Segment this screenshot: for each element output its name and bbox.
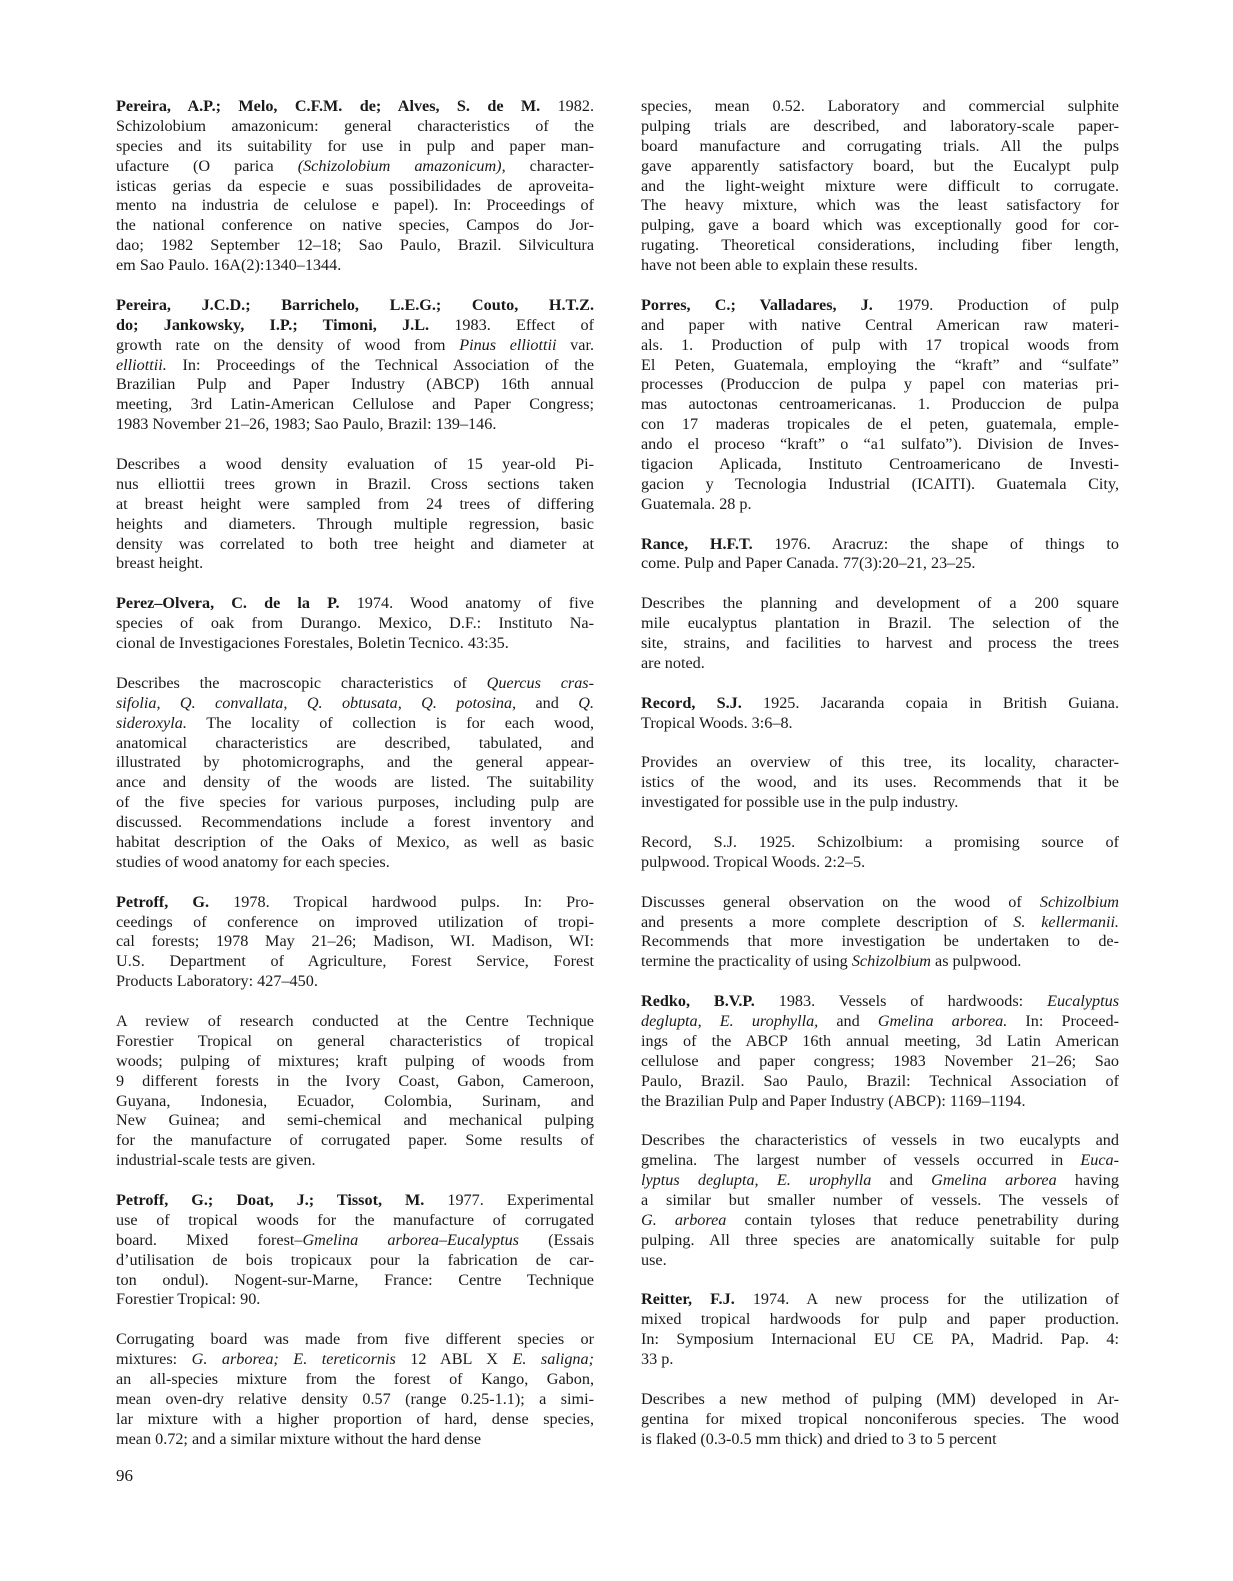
text-line: breast height. <box>116 554 594 574</box>
abstract-paragraph: Provides an overview of this tree, its l… <box>641 753 1119 813</box>
text-segment: 1976. Aracruz: the shape of things to <box>753 535 1119 553</box>
text-line: ando el proceso “kraft” o “a1 sulfato”).… <box>641 435 1119 455</box>
citation-entry: Petroff, G. 1978. Tropical hardwood pulp… <box>116 893 594 992</box>
text-segment: Guyana, Indonesia, Ecuador, Colombia, Su… <box>116 1092 594 1110</box>
citation-entry: Rance, H.F.T. 1976. Aracruz: the shape o… <box>641 535 1119 575</box>
text-segment: density was correlated to both tree heig… <box>116 535 594 553</box>
text-segment: In: Symposium Internacional EU CE PA, Ma… <box>641 1330 1119 1348</box>
text-segment: con 17 maderas tropicales de el peten, g… <box>641 415 1119 433</box>
text-line: Pereira, A.P.; Melo, C.F.M. de; Alves, S… <box>116 97 594 117</box>
text-segment: rugating. Theoretical considerations, in… <box>641 236 1119 254</box>
text-segment: gave apparently satisfactory board, but … <box>641 157 1119 175</box>
text-line: termine the practicality of using Schizo… <box>641 952 1119 972</box>
text-segment: Describes the characteristics of vessels… <box>641 1131 1119 1149</box>
text-line: pulpwood. Tropical Woods. 2:2–5. <box>641 853 1119 873</box>
text-segment: cal forests; 1978 May 21–26; Madison, WI… <box>116 932 594 950</box>
italic-term: Gmelina arborea. <box>878 1012 1007 1030</box>
italic-term: lyptus deglupta, E. urophylla <box>641 1171 871 1189</box>
text-line: Perez–Olvera, C. de la P. 1974. Wood ana… <box>116 594 594 614</box>
text-line: Paulo, Brazil. Sao Paulo, Brazil: Techni… <box>641 1072 1119 1092</box>
text-segment: 1974. Wood anatomy of five <box>340 594 594 612</box>
abstract-paragraph: Describes a new method of pulping (MM) d… <box>641 1390 1119 1450</box>
text-line: discussed. Recommendations include a for… <box>116 813 594 833</box>
text-segment: processes (Produccion de pulpa y papel c… <box>641 375 1119 393</box>
author-names: Rance, H.F.T. <box>641 535 753 553</box>
text-segment: and <box>818 1012 878 1030</box>
text-line: cal forests; 1978 May 21–26; Madison, WI… <box>116 932 594 952</box>
text-segment: species and its suitability for use in p… <box>116 137 594 155</box>
text-line: Guyana, Indonesia, Ecuador, Colombia, Su… <box>116 1092 594 1112</box>
italic-term: Euca- <box>1080 1151 1119 1169</box>
text-segment: 12 ABL X <box>396 1350 513 1368</box>
author-names: Record, S.J. <box>641 694 742 712</box>
author-names: Porres, C.; Valladares, J. <box>641 296 873 314</box>
text-segment: Tropical Woods. 3:6–8. <box>641 714 793 732</box>
text-line: istics of the wood, and its uses. Recomm… <box>641 773 1119 793</box>
text-segment: the national conference on native specie… <box>116 216 594 234</box>
text-segment: meeting, 3rd Latin-American Cellulose an… <box>116 395 594 413</box>
italic-term: Q. <box>578 694 594 712</box>
text-line: 33 p. <box>641 1350 1119 1370</box>
text-line: Describes a wood density evaluation of 1… <box>116 455 594 475</box>
text-line: ton ondul). Nogent-sur-Marne, France: Ce… <box>116 1271 594 1291</box>
text-segment: cellulose and paper congress; 1983 Novem… <box>641 1052 1119 1070</box>
text-segment: ton ondul). Nogent-sur-Marne, France: Ce… <box>116 1271 594 1289</box>
abstract-paragraph: A review of research conducted at the Ce… <box>116 1012 594 1171</box>
text-line: and paper with native Central American r… <box>641 316 1119 336</box>
abstract-paragraph: Describes a wood density evaluation of 1… <box>116 455 594 574</box>
text-segment: U.S. Department of Agriculture, Forest S… <box>116 952 594 970</box>
text-line: pulping trials are described, and labora… <box>641 117 1119 137</box>
text-line: New Guinea; and semi-chemical and mechan… <box>116 1111 594 1131</box>
text-line: sifolia, Q. convallata, Q. obtusata, Q. … <box>116 694 594 714</box>
text-segment: gmelina. The largest number of vessels o… <box>641 1151 1080 1169</box>
text-segment: istics of the wood, and its uses. Recomm… <box>641 773 1119 791</box>
text-line: Record, S.J. 1925. Jacaranda copaia in B… <box>641 694 1119 714</box>
text-line: pulping. All three species are anatomica… <box>641 1231 1119 1251</box>
text-line: dao; 1982 September 12–18; Sao Paulo, Br… <box>116 236 594 256</box>
author-names: Reitter, F.J. <box>641 1290 735 1308</box>
text-line: Discusses general observation on the woo… <box>641 893 1119 913</box>
text-segment: Record, S.J. 1925. Schizolbium: a promis… <box>641 833 1119 851</box>
text-line: Schizolobium amazonicum: general charact… <box>116 117 594 137</box>
italic-term: sideroxyla. <box>116 714 187 732</box>
italic-term: S. kellermanii. <box>1013 913 1119 931</box>
text-line: Recommends that more investigation be un… <box>641 932 1119 952</box>
text-line: woods; pulping of mixtures; kraft pulpin… <box>116 1052 594 1072</box>
text-line: Redko, B.V.P. 1983. Vessels of hardwoods… <box>641 992 1119 1012</box>
text-segment: Describes the planning and development o… <box>641 594 1119 612</box>
text-line: gmelina. The largest number of vessels o… <box>641 1151 1119 1171</box>
text-segment: board manufacture and corrugating trials… <box>641 137 1119 155</box>
text-segment: pulpwood. Tropical Woods. 2:2–5. <box>641 853 865 871</box>
text-segment: Guatemala. 28 p. <box>641 495 752 513</box>
text-line: tigacion Aplicada, Instituto Centroameri… <box>641 455 1119 475</box>
text-line: species and its suitability for use in p… <box>116 137 594 157</box>
text-line: ings of the ABCP 16th annual meeting, 3d… <box>641 1032 1119 1052</box>
author-names: Petroff, G. <box>116 893 209 911</box>
text-segment: Describes a new method of pulping (MM) d… <box>641 1390 1119 1408</box>
text-line: Guatemala. 28 p. <box>641 495 1119 515</box>
text-segment: mean 0.72; and a similar mixture without… <box>116 1430 481 1448</box>
text-segment: habitat description of the Oaks of Mexic… <box>116 833 594 851</box>
text-line: gentina for mixed tropical nonconiferous… <box>641 1410 1119 1430</box>
text-line: ceedings of conference on improved utili… <box>116 913 594 933</box>
text-line: A review of research conducted at the Ce… <box>116 1012 594 1032</box>
italic-term: Pinus elliottii <box>459 336 556 354</box>
text-line: habitat description of the Oaks of Mexic… <box>116 833 594 853</box>
text-segment: als. 1. Production of pulp with 17 tropi… <box>641 336 1119 354</box>
text-line: ufacture (O parica (Schizolobium amazoni… <box>116 157 594 177</box>
text-segment: (Essais <box>519 1231 594 1249</box>
text-segment: isticas gerias da especie e suas possibi… <box>116 177 594 195</box>
text-line: species of oak from Durango. Mexico, D.F… <box>116 614 594 634</box>
citation-entry: Reitter, F.J. 1974. A new process for th… <box>641 1290 1119 1370</box>
text-line: pulping, gave a board which was exceptio… <box>641 216 1119 236</box>
text-segment: 1983. Effect of <box>429 316 594 334</box>
text-segment: and paper with native Central American r… <box>641 316 1119 334</box>
text-line: Tropical Woods. 3:6–8. <box>641 714 1119 734</box>
citation-entry: Redko, B.V.P. 1983. Vessels of hardwoods… <box>641 992 1119 1111</box>
text-line: of the five species for various purposes… <box>116 793 594 813</box>
citation-entry: Record, S.J. 1925. Jacaranda copaia in B… <box>641 694 1119 734</box>
text-line: als. 1. Production of pulp with 17 tropi… <box>641 336 1119 356</box>
text-segment: growth rate on the density of wood from <box>116 336 459 354</box>
text-line: anatomical characteristics are described… <box>116 734 594 754</box>
text-segment: d’utilisation de bois tropicaux pour la … <box>116 1251 594 1269</box>
text-line: have not been able to explain these resu… <box>641 256 1119 276</box>
text-segment: ings of the ABCP 16th annual meeting, 3d… <box>641 1032 1119 1050</box>
italic-term: Schizolbium <box>1040 893 1119 911</box>
text-line: at breast height were sampled from 24 tr… <box>116 495 594 515</box>
text-line: is flaked (0.3-0.5 mm thick) and dried t… <box>641 1430 1119 1450</box>
text-segment: heights and diameters. Through multiple … <box>116 515 594 533</box>
text-segment: mas autoctonas centroamericanas. 1. Prod… <box>641 395 1119 413</box>
text-segment: board. Mixed forest– <box>116 1231 302 1249</box>
text-segment: mean oven-dry relative density 0.57 (ran… <box>116 1390 594 1408</box>
text-line: Forestier Tropical on general characteri… <box>116 1032 594 1052</box>
text-line: Brazilian Pulp and Paper Industry (ABCP)… <box>116 375 594 395</box>
text-line: Describes the planning and development o… <box>641 594 1119 614</box>
text-segment: Forestier Tropical: 90. <box>116 1290 260 1308</box>
text-segment: species, mean 0.52. Laboratory and comme… <box>641 97 1119 115</box>
text-line: Describes the characteristics of vessels… <box>641 1131 1119 1151</box>
text-segment: var. <box>557 336 595 354</box>
author-names: Petroff, G.; Doat, J.; Tissot, M. <box>116 1191 424 1209</box>
text-line: nus elliottii trees grown in Brazil. Cro… <box>116 475 594 495</box>
text-segment: a similar but smaller number of vessels.… <box>641 1191 1119 1209</box>
text-line: 9 different forests in the Ivory Coast, … <box>116 1072 594 1092</box>
text-line: and presents a more complete description… <box>641 913 1119 933</box>
text-segment: cional de Investigaciones Forestales, Bo… <box>116 634 509 652</box>
text-line: lyptus deglupta, E. urophylla and Gmelin… <box>641 1171 1119 1191</box>
text-segment: discussed. Recommendations include a for… <box>116 813 594 831</box>
page-number: 96 <box>116 1466 133 1486</box>
text-line: site, strains, and facilities to harvest… <box>641 634 1119 654</box>
abstract-paragraph: Corrugating board was made from five dif… <box>116 1330 594 1449</box>
italic-term: G. arborea; E. tereticornis <box>192 1350 396 1368</box>
text-line: density was correlated to both tree heig… <box>116 535 594 555</box>
text-segment: 1979. Production of pulp <box>873 296 1119 314</box>
italic-term: G. arborea <box>641 1211 726 1229</box>
text-line: species, mean 0.52. Laboratory and comme… <box>641 97 1119 117</box>
citation-entry: Porres, C.; Valladares, J. 1979. Product… <box>641 296 1119 515</box>
text-segment: ceedings of conference on improved utili… <box>116 913 594 931</box>
text-line: a similar but smaller number of vessels.… <box>641 1191 1119 1211</box>
text-segment: Brazilian Pulp and Paper Industry (ABCP)… <box>116 375 594 393</box>
text-line: illustrated by photomicrographs, and the… <box>116 753 594 773</box>
text-line: cellulose and paper congress; 1983 Novem… <box>641 1052 1119 1072</box>
text-segment: for the manufacture of corrugated paper.… <box>116 1131 594 1149</box>
abstract-paragraph: Discusses general observation on the woo… <box>641 893 1119 973</box>
text-segment: contain tyloses that reduce penetrabilit… <box>726 1211 1119 1229</box>
citation-entry: Pereira, J.C.D.; Barrichelo, L.E.G.; Cou… <box>116 296 594 435</box>
left-column: Pereira, A.P.; Melo, C.F.M. de; Alves, S… <box>116 97 594 1469</box>
text-segment: 1983 November 21–26, 1983; Sao Paulo, Br… <box>116 415 496 433</box>
text-line: board manufacture and corrugating trials… <box>641 137 1119 157</box>
text-segment: breast height. <box>116 554 203 572</box>
text-line: the national conference on native specie… <box>116 216 594 236</box>
text-line: board. Mixed forest–Gmelina arborea–Euca… <box>116 1231 594 1251</box>
text-line: mas autoctonas centroamericanas. 1. Prod… <box>641 395 1119 415</box>
text-line: Describes the macroscopic characteristic… <box>116 674 594 694</box>
text-line: elliottii. In: Proceedings of the Techni… <box>116 356 594 376</box>
text-segment: at breast height were sampled from 24 tr… <box>116 495 594 513</box>
text-segment: 9 different forests in the Ivory Coast, … <box>116 1072 594 1090</box>
text-line: mile eucalyptus plantation in Brazil. Th… <box>641 614 1119 634</box>
text-segment: anatomical characteristics are described… <box>116 734 594 752</box>
text-line: Petroff, G. 1978. Tropical hardwood pulp… <box>116 893 594 913</box>
abstract-paragraph: Describes the characteristics of vessels… <box>641 1131 1119 1270</box>
text-segment: Forestier Tropical on general characteri… <box>116 1032 594 1050</box>
text-segment: species of oak from Durango. Mexico, D.F… <box>116 614 594 632</box>
text-line: gave apparently satisfactory board, but … <box>641 157 1119 177</box>
text-line: mixed tropical hardwoods for pulp and pa… <box>641 1310 1119 1330</box>
text-line: con 17 maderas tropicales de el peten, g… <box>641 415 1119 435</box>
text-segment: are noted. <box>641 654 705 672</box>
text-segment: Paulo, Brazil. Sao Paulo, Brazil: Techni… <box>641 1072 1119 1090</box>
text-line: processes (Produccion de pulpa y papel c… <box>641 375 1119 395</box>
citation-entry: Record, S.J. 1925. Schizolbium: a promis… <box>641 833 1119 873</box>
italic-term: elliottii. <box>116 356 167 374</box>
text-segment: as pulpwood. <box>931 952 1021 970</box>
text-segment: Describes a wood density evaluation of 1… <box>116 455 594 473</box>
text-segment: have not been able to explain these resu… <box>641 256 918 274</box>
text-line: mean oven-dry relative density 0.57 (ran… <box>116 1390 594 1410</box>
text-segment: pulping. All three species are anatomica… <box>641 1231 1119 1249</box>
text-line: Petroff, G.; Doat, J.; Tissot, M. 1977. … <box>116 1191 594 1211</box>
italic-term: deglupta, E. urophylla, <box>641 1012 818 1030</box>
text-segment: Describes the macroscopic characteristic… <box>116 674 487 692</box>
text-line: isticas gerias da especie e suas possibi… <box>116 177 594 197</box>
text-line: come. Pulp and Paper Canada. 77(3):20–21… <box>641 554 1119 574</box>
text-line: G. arborea contain tyloses that reduce p… <box>641 1211 1119 1231</box>
abstract-paragraph: Describes the planning and development o… <box>641 594 1119 674</box>
text-line: use. <box>641 1251 1119 1271</box>
author-names: do; Jankowsky, I.P.; Timoni, J.L. <box>116 316 429 334</box>
text-segment: The heavy mixture, which was the least s… <box>641 196 1119 214</box>
text-line: d’utilisation de bois tropicaux pour la … <box>116 1251 594 1271</box>
author-names: Pereira, J.C.D.; Barrichelo, L.E.G.; Cou… <box>116 296 594 314</box>
right-column: species, mean 0.52. Laboratory and comme… <box>641 97 1119 1469</box>
text-segment: use of tropical woods for the manufactur… <box>116 1211 594 1229</box>
text-segment: of the five species for various purposes… <box>116 793 594 811</box>
author-names: Pereira, A.P.; Melo, C.F.M. de; Alves, S… <box>116 97 540 115</box>
text-line: Record, S.J. 1925. Schizolbium: a promis… <box>641 833 1119 853</box>
text-segment: come. Pulp and Paper Canada. 77(3):20–21… <box>641 554 975 572</box>
text-line: mento na industria de celulose e papel).… <box>116 196 594 216</box>
citation-entry: Petroff, G.; Doat, J.; Tissot, M. 1977. … <box>116 1191 594 1310</box>
text-segment: Products Laboratory: 427–450. <box>116 972 318 990</box>
italic-term: Quercus cras- <box>487 674 594 692</box>
text-line: for the manufacture of corrugated paper.… <box>116 1131 594 1151</box>
text-line: the Brazilian Pulp and Paper Industry (A… <box>641 1092 1119 1112</box>
text-segment: illustrated by photomicrographs, and the… <box>116 753 594 771</box>
author-names: Redko, B.V.P. <box>641 992 755 1010</box>
text-segment: 1983. Vessels of hardwoods: <box>755 992 1047 1010</box>
text-line: mean 0.72; and a similar mixture without… <box>116 1430 594 1450</box>
text-segment: The locality of collection is for each w… <box>187 714 594 732</box>
text-line: rugating. Theoretical considerations, in… <box>641 236 1119 256</box>
text-segment: and the light-weight mixture were diffic… <box>641 177 1119 195</box>
text-line: growth rate on the density of wood from … <box>116 336 594 356</box>
italic-term: Gmelina arborea <box>931 1171 1057 1189</box>
text-line: Provides an overview of this tree, its l… <box>641 753 1119 773</box>
text-segment: and <box>871 1171 931 1189</box>
text-segment: New Guinea; and semi-chemical and mechan… <box>116 1111 594 1129</box>
text-line: industrial-scale tests are given. <box>116 1151 594 1171</box>
text-line: gacion y Tecnologia Industrial (ICAITI).… <box>641 475 1119 495</box>
text-segment: gentina for mixed tropical nonconiferous… <box>641 1410 1119 1428</box>
text-line: deglupta, E. urophylla, and Gmelina arbo… <box>641 1012 1119 1032</box>
text-line: are noted. <box>641 654 1119 674</box>
text-segment: termine the practicality of using <box>641 952 852 970</box>
text-segment: ando el proceso “kraft” o “a1 sulfato”).… <box>641 435 1119 453</box>
text-segment: an all-species mixture from the forest o… <box>116 1370 594 1388</box>
text-line: El Peten, Guatemala, employing the “kraf… <box>641 356 1119 376</box>
citation-entry: Pereira, A.P.; Melo, C.F.M. de; Alves, S… <box>116 97 594 276</box>
text-line: Pereira, J.C.D.; Barrichelo, L.E.G.; Cou… <box>116 296 594 316</box>
text-segment: em Sao Paulo. 16A(2):1340–1344. <box>116 256 341 274</box>
text-segment: 1977. Experimental <box>424 1191 594 1209</box>
text-line: meeting, 3rd Latin-American Cellulose an… <box>116 395 594 415</box>
text-line: mixtures: G. arborea; E. tereticornis 12… <box>116 1350 594 1370</box>
text-segment: having <box>1057 1171 1119 1189</box>
text-segment: El Peten, Guatemala, employing the “kraf… <box>641 356 1119 374</box>
text-segment: nus elliottii trees grown in Brazil. Cro… <box>116 475 594 493</box>
text-line: cional de Investigaciones Forestales, Bo… <box>116 634 594 654</box>
text-segment: tigacion Aplicada, Instituto Centroameri… <box>641 455 1119 473</box>
text-line: Reitter, F.J. 1974. A new process for th… <box>641 1290 1119 1310</box>
text-segment: 1978. Tropical hardwood pulps. In: Pro- <box>209 893 594 911</box>
text-line: lar mixture with a higher proportion of … <box>116 1410 594 1430</box>
abstract-paragraph: Describes the macroscopic characteristic… <box>116 674 594 873</box>
text-line: heights and diameters. Through multiple … <box>116 515 594 535</box>
text-segment: and presents a more complete description… <box>641 913 1013 931</box>
text-line: and the light-weight mixture were diffic… <box>641 177 1119 197</box>
text-line: Porres, C.; Valladares, J. 1979. Product… <box>641 296 1119 316</box>
text-segment: the Brazilian Pulp and Paper Industry (A… <box>641 1092 1026 1110</box>
text-line: em Sao Paulo. 16A(2):1340–1344. <box>116 256 594 276</box>
text-segment: pulping trials are described, and labora… <box>641 117 1119 135</box>
italic-term: (Schizolobium amazonicum), <box>298 157 506 175</box>
text-line: The heavy mixture, which was the least s… <box>641 196 1119 216</box>
text-line: Corrugating board was made from five dif… <box>116 1330 594 1350</box>
text-line: do; Jankowsky, I.P.; Timoni, J.L. 1983. … <box>116 316 594 336</box>
text-segment: ufacture (O parica <box>116 157 298 175</box>
text-segment: dao; 1982 September 12–18; Sao Paulo, Br… <box>116 236 594 254</box>
text-line: ance and density of the woods are listed… <box>116 773 594 793</box>
text-segment: Discusses general observation on the woo… <box>641 893 1040 911</box>
text-segment: gacion y Tecnologia Industrial (ICAITI).… <box>641 475 1119 493</box>
text-line: Products Laboratory: 427–450. <box>116 972 594 992</box>
text-segment: 1982. <box>540 97 594 115</box>
text-segment: investigated for possible use in the pul… <box>641 793 958 811</box>
italic-term: Gmelina arborea–Eucalyptus <box>302 1231 519 1249</box>
text-segment: In: Proceedings of the Technical Associa… <box>167 356 594 374</box>
text-segment: mixtures: <box>116 1350 192 1368</box>
text-line: In: Symposium Internacional EU CE PA, Ma… <box>641 1330 1119 1350</box>
text-line: Forestier Tropical: 90. <box>116 1290 594 1310</box>
text-segment: Provides an overview of this tree, its l… <box>641 753 1119 771</box>
text-segment: Recommends that more investigation be un… <box>641 932 1119 950</box>
text-line: investigated for possible use in the pul… <box>641 793 1119 813</box>
text-line: studies of wood anatomy for each species… <box>116 853 594 873</box>
text-line: Rance, H.F.T. 1976. Aracruz: the shape o… <box>641 535 1119 555</box>
text-line: U.S. Department of Agriculture, Forest S… <box>116 952 594 972</box>
text-segment: A review of research conducted at the Ce… <box>116 1012 594 1030</box>
text-segment: 1974. A new process for the utilization … <box>735 1290 1119 1308</box>
text-segment: mixed tropical hardwoods for pulp and pa… <box>641 1310 1119 1328</box>
text-line: an all-species mixture from the forest o… <box>116 1370 594 1390</box>
italic-term: Schizolbium <box>852 952 931 970</box>
text-segment: 1925. Jacaranda copaia in British Guiana… <box>742 694 1119 712</box>
text-line: sideroxyla. The locality of collection i… <box>116 714 594 734</box>
text-line: use of tropical woods for the manufactur… <box>116 1211 594 1231</box>
text-segment: woods; pulping of mixtures; kraft pulpin… <box>116 1052 594 1070</box>
text-segment: pulping, gave a board which was exceptio… <box>641 216 1119 234</box>
text-segment: 33 p. <box>641 1350 673 1368</box>
text-line: 1983 November 21–26, 1983; Sao Paulo, Br… <box>116 415 594 435</box>
abstract-paragraph: species, mean 0.52. Laboratory and comme… <box>641 97 1119 276</box>
citation-entry: Perez–Olvera, C. de la P. 1974. Wood ana… <box>116 594 594 654</box>
text-segment: In: Proceed- <box>1007 1012 1119 1030</box>
text-segment: site, strains, and facilities to harvest… <box>641 634 1119 652</box>
text-segment: ance and density of the woods are listed… <box>116 773 594 791</box>
text-segment: character- <box>506 157 594 175</box>
italic-term: Eucalyptus <box>1047 992 1119 1010</box>
text-segment: lar mixture with a higher proportion of … <box>116 1410 594 1428</box>
text-segment: Corrugating board was made from five dif… <box>116 1330 594 1348</box>
text-segment: is flaked (0.3-0.5 mm thick) and dried t… <box>641 1430 997 1448</box>
text-segment: Schizolobium amazonicum: general charact… <box>116 117 594 135</box>
italic-term: E. saligna; <box>513 1350 595 1368</box>
text-line: Describes a new method of pulping (MM) d… <box>641 1390 1119 1410</box>
italic-term: sifolia, Q. convallata, Q. obtusata, Q. … <box>116 694 516 712</box>
author-names: Perez–Olvera, C. de la P. <box>116 594 340 612</box>
text-segment: and <box>516 694 578 712</box>
text-segment: studies of wood anatomy for each species… <box>116 853 390 871</box>
text-segment: industrial-scale tests are given. <box>116 1151 316 1169</box>
text-segment: mento na industria de celulose e papel).… <box>116 196 594 214</box>
text-segment: mile eucalyptus plantation in Brazil. Th… <box>641 614 1119 632</box>
text-segment: use. <box>641 1251 667 1269</box>
